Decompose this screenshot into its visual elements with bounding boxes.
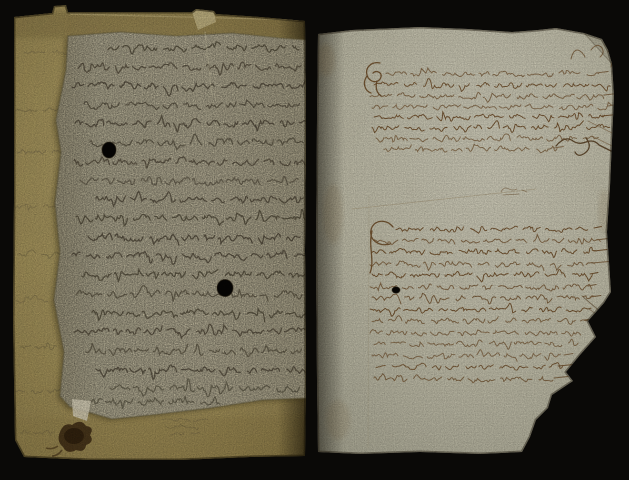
manuscript-scan [0, 0, 629, 480]
left-page [10, 5, 310, 465]
parchment-grain [10, 10, 310, 465]
